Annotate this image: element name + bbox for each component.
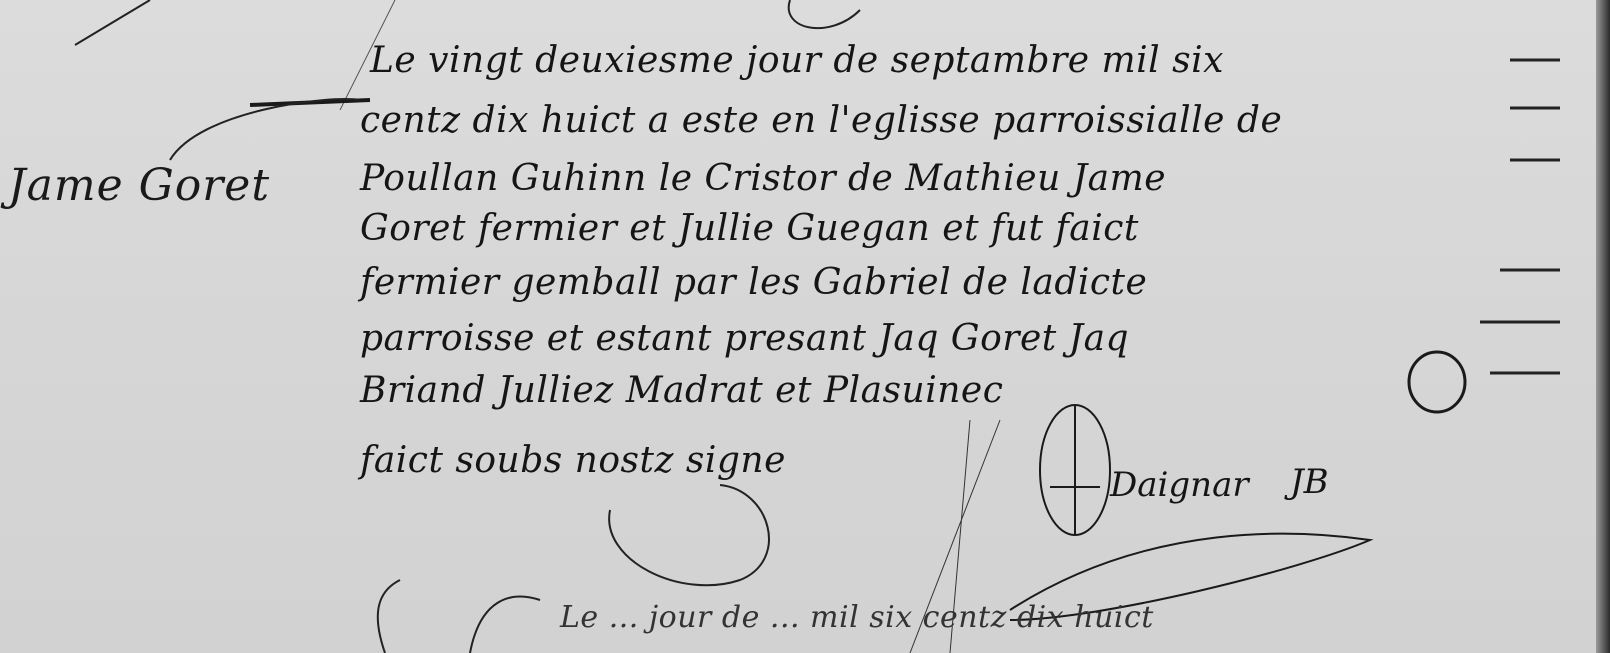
text-line-4: Goret fermier et Jullie Guegan et fut fa… — [360, 208, 1139, 249]
register-page: Jame Goret Le vingt deuxiesme jour de se… — [0, 0, 1610, 653]
page-edge — [1596, 0, 1610, 653]
signature-initials: JB — [1290, 462, 1329, 502]
text-line-5: fermier gemball par les Gabriel de ladic… — [360, 262, 1147, 303]
text-line-6: parroisse et estant presant Jaq Goret Ja… — [360, 318, 1129, 359]
signature: Daignar — [1110, 465, 1249, 505]
next-entry-partial: Le ... jour de ... mil six centz dix hui… — [560, 600, 1154, 635]
text-line-2: centz dix huict a este en l'eglisse parr… — [360, 100, 1282, 141]
text-line-8: faict soubs nostz signe — [360, 440, 786, 481]
text-line-7: Briand Julliez Madrat et Plasuinec — [360, 370, 1003, 411]
text-line-1: Le vingt deuxiesme jour de septambre mil… — [370, 40, 1224, 81]
text-line-3: Poullan Guhinn le Cristor de Mathieu Jam… — [360, 158, 1166, 199]
margin-name: Jame Goret — [8, 160, 270, 211]
